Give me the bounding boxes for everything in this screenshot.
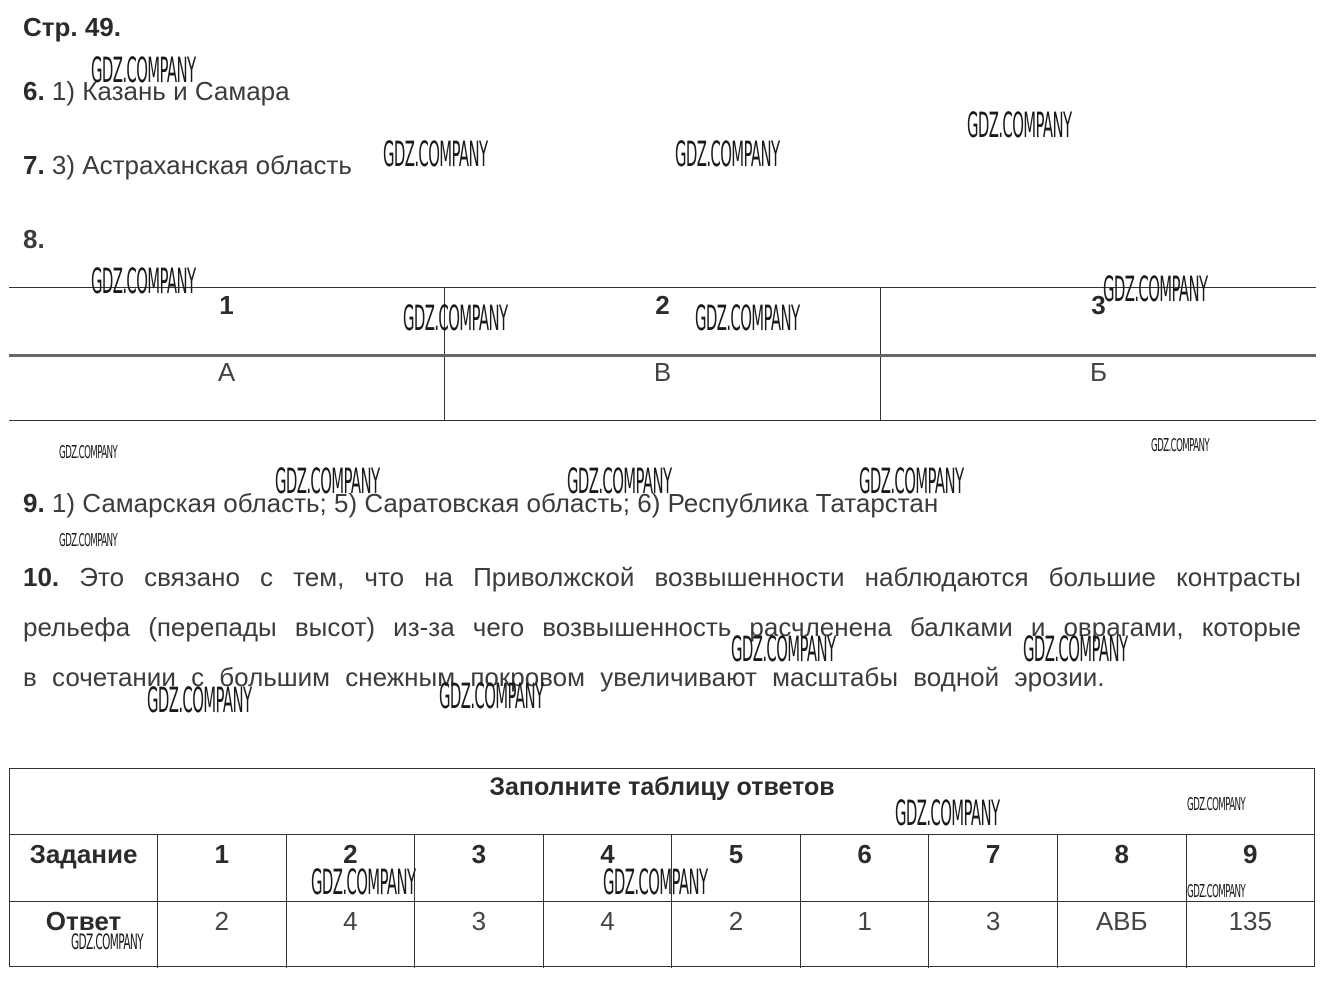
task-9-number: 9. — [23, 488, 45, 518]
task-10-number: 10. — [23, 562, 59, 592]
watermark: GDZ.COMPANY — [731, 629, 835, 670]
page-title: Стр. 49. — [23, 12, 121, 43]
task-7-number: 7. — [23, 150, 45, 180]
answer-table-caption: Заполните таблицу ответов — [10, 769, 1314, 835]
task-6-number: 6. — [23, 76, 45, 106]
watermark: GDZ.COMPANY — [439, 676, 543, 717]
watermark: GDZ.COMPANY — [1187, 882, 1245, 902]
watermark: GDZ.COMPANY — [403, 298, 507, 339]
watermark: GDZ.COMPANY — [895, 793, 999, 834]
watermark: GDZ.COMPANY — [71, 930, 143, 955]
answer-cell: 3 — [928, 902, 1057, 968]
task-7: 7. 3) Астраханская область — [23, 150, 352, 181]
task-number-cell: 6 — [800, 835, 929, 901]
watermark: GDZ.COMPANY — [859, 461, 963, 502]
watermark: GDZ.COMPANY — [147, 680, 251, 721]
watermark: GDZ.COMPANY — [59, 531, 117, 551]
watermark: GDZ.COMPANY — [967, 105, 1071, 146]
task-8-answer-row: А В Б — [9, 357, 1316, 420]
answer-cell: 4 — [286, 902, 415, 968]
task-7-answer: 3) Астраханская область — [45, 150, 352, 180]
row-label-task: Задание — [10, 835, 157, 901]
task-8-header-cell: 2 — [444, 288, 880, 354]
task-8-answer-cell: Б — [880, 357, 1316, 420]
answer-cell: 2 — [157, 902, 286, 968]
answer-cell: 3 — [414, 902, 543, 968]
task-9: 9. 1) Самарская область; 5) Саратовская … — [23, 488, 938, 519]
watermark: GDZ.COMPANY — [311, 862, 415, 903]
watermark: GDZ.COMPANY — [603, 862, 707, 903]
watermark: GDZ.COMPANY — [383, 134, 487, 175]
answer-cell: 1 — [800, 902, 929, 968]
task-9-answer: 1) Самарская область; 5) Саратовская обл… — [45, 488, 939, 518]
task-number-cell: 8 — [1057, 835, 1186, 901]
answer-cell: АВБ — [1057, 902, 1186, 968]
task-8-number: 8. — [23, 224, 45, 255]
task-number-cell: 3 — [414, 835, 543, 901]
watermark: GDZ.COMPANY — [59, 443, 117, 463]
watermark: GDZ.COMPANY — [695, 298, 799, 339]
task-8-header-cell: 1 — [9, 288, 444, 354]
watermark: GDZ.COMPANY — [567, 461, 671, 502]
watermark: GDZ.COMPANY — [1023, 629, 1127, 670]
task-number-cell: 1 — [157, 835, 286, 901]
watermark: GDZ.COMPANY — [275, 461, 379, 502]
task-10-answer: Это связано с тем, что на Приволжской во… — [23, 562, 1301, 692]
watermark: GDZ.COMPANY — [1151, 436, 1209, 456]
answer-cell: 4 — [543, 902, 672, 968]
watermark: GDZ.COMPANY — [91, 50, 195, 91]
watermark: GDZ.COMPANY — [91, 261, 195, 302]
watermark: GDZ.COMPANY — [1103, 269, 1207, 310]
task-8-answer-cell: В — [444, 357, 880, 420]
watermark: GDZ.COMPANY — [675, 134, 779, 175]
answer-cell: 135 — [1186, 902, 1315, 968]
task-8-answer-cell: А — [9, 357, 444, 420]
watermark: GDZ.COMPANY — [1187, 795, 1245, 815]
answer-cell: 2 — [671, 902, 800, 968]
task-number-cell: 7 — [928, 835, 1057, 901]
answer-table-answer-row: Ответ 2 4 3 4 2 1 3 АВБ 135 — [10, 901, 1314, 968]
task-8-header-cell: 3 — [880, 288, 1316, 354]
